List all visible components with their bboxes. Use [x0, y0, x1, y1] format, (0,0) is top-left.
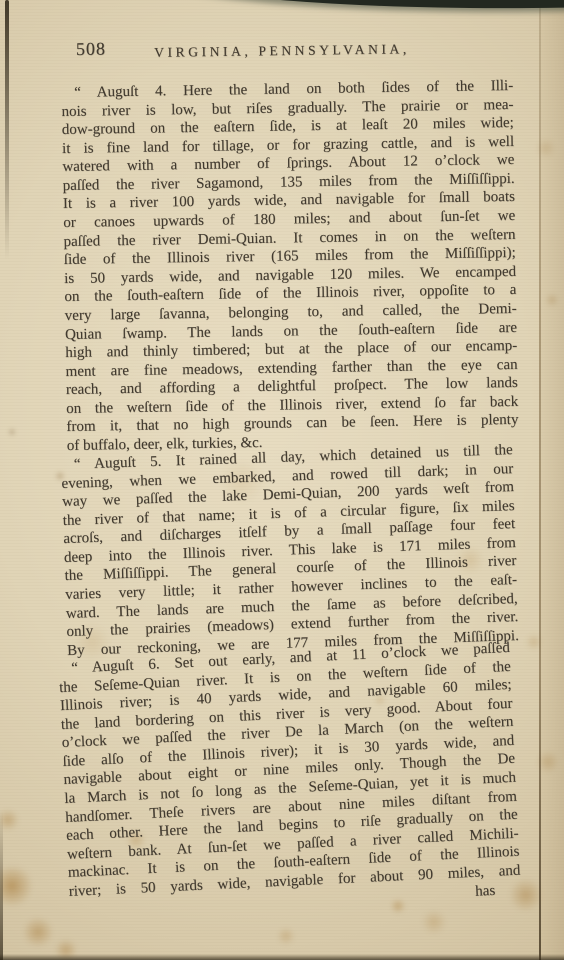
book-top-edge-shadow [150, 0, 564, 11]
binding-shadow-bottom [0, 810, 3, 960]
paragraph-august-4: “ Auguſt 4. Here the land on both ſides … [61, 77, 519, 456]
book-bottom-edge-shadow [0, 954, 564, 960]
page-crease-line [539, 0, 541, 960]
book-page-scan: 508 VIRGINIA, PENNSYLVANIA, “ Auguſt 4. … [0, 0, 564, 960]
page-header: 508 VIRGINIA, PENNSYLVANIA, [0, 32, 564, 66]
page-edge-tone [541, 0, 564, 960]
paragraph-august-5: “ Auguſt 5. It rained all day, which det… [61, 441, 520, 660]
paragraph-august-6: “ Auguſt 6. Set out early, and at 11 o’c… [58, 639, 522, 920]
body-text: “ Auguſt 4. Here the land on both ſides … [64, 84, 516, 920]
